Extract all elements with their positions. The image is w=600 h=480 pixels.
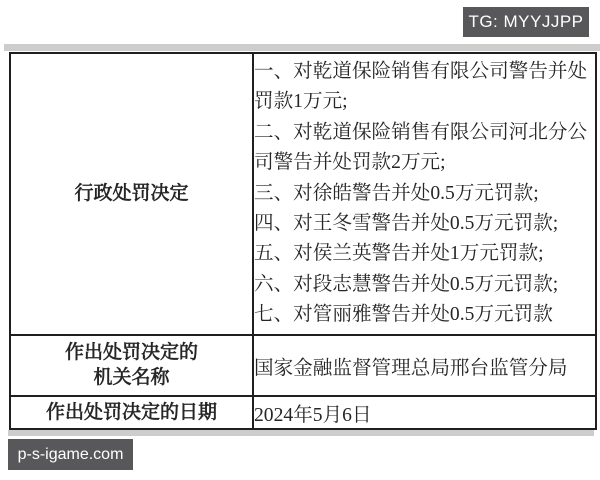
agency-label-line-2: 机关名称	[11, 365, 252, 390]
penalty-item: 七、对管丽雅警告并处0.5万元罚款	[254, 300, 595, 330]
watermark-bottom-badge: p-s-igame.com	[8, 439, 133, 470]
penalty-item: 五、对侯兰英警告并处1万元罚款;	[254, 239, 595, 269]
penalty-table: 行政处罚决定 一、对乾道保险销售有限公司警告并处罚款1万元;二、对乾道保险销售有…	[9, 52, 597, 430]
row-label-penalty-decision: 行政处罚决定	[10, 53, 253, 335]
row-label-agency-name: 作出处罚决定的 机关名称	[10, 335, 253, 396]
table-row-decision: 行政处罚决定 一、对乾道保险销售有限公司警告并处罚款1万元;二、对乾道保险销售有…	[10, 53, 596, 335]
watermark-top-badge: TG: MYYJJPP	[463, 7, 589, 37]
page: TG: MYYJJPP 行政处罚决定 一、对乾道保险销售有限公司警告并处罚款1万…	[0, 0, 600, 480]
separator-strip-top	[4, 44, 600, 51]
table-row-date: 作出处罚决定的日期 2024年5月6日	[10, 396, 596, 429]
penalty-item: 三、对徐皓警告并处0.5万元罚款;	[254, 179, 595, 209]
table-row-agency: 作出处罚决定的 机关名称 国家金融监督管理总局邢台监管分局	[10, 335, 596, 396]
agency-label-line-1: 作出处罚决定的	[11, 340, 252, 365]
row-label-decision-date: 作出处罚决定的日期	[10, 396, 253, 429]
penalty-item: 六、对段志慧警告并处0.5万元罚款;	[254, 270, 595, 300]
decision-date-value: 2024年5月6日	[253, 396, 596, 429]
penalty-decision-content-cell: 一、对乾道保险销售有限公司警告并处罚款1万元;二、对乾道保险销售有限公司河北分公…	[253, 53, 596, 335]
agency-name-value: 国家金融监督管理总局邢台监管分局	[253, 335, 596, 396]
separator-strip-bottom	[8, 430, 594, 436]
penalty-items-list: 一、对乾道保险销售有限公司警告并处罚款1万元;二、对乾道保险销售有限公司河北分公…	[254, 54, 595, 334]
penalty-item: 四、对王冬雪警告并处0.5万元罚款;	[254, 209, 595, 239]
penalty-item: 一、对乾道保险销售有限公司警告并处罚款1万元;	[254, 57, 595, 118]
penalty-item: 二、对乾道保险销售有限公司河北分公司警告并处罚款2万元;	[254, 118, 595, 179]
